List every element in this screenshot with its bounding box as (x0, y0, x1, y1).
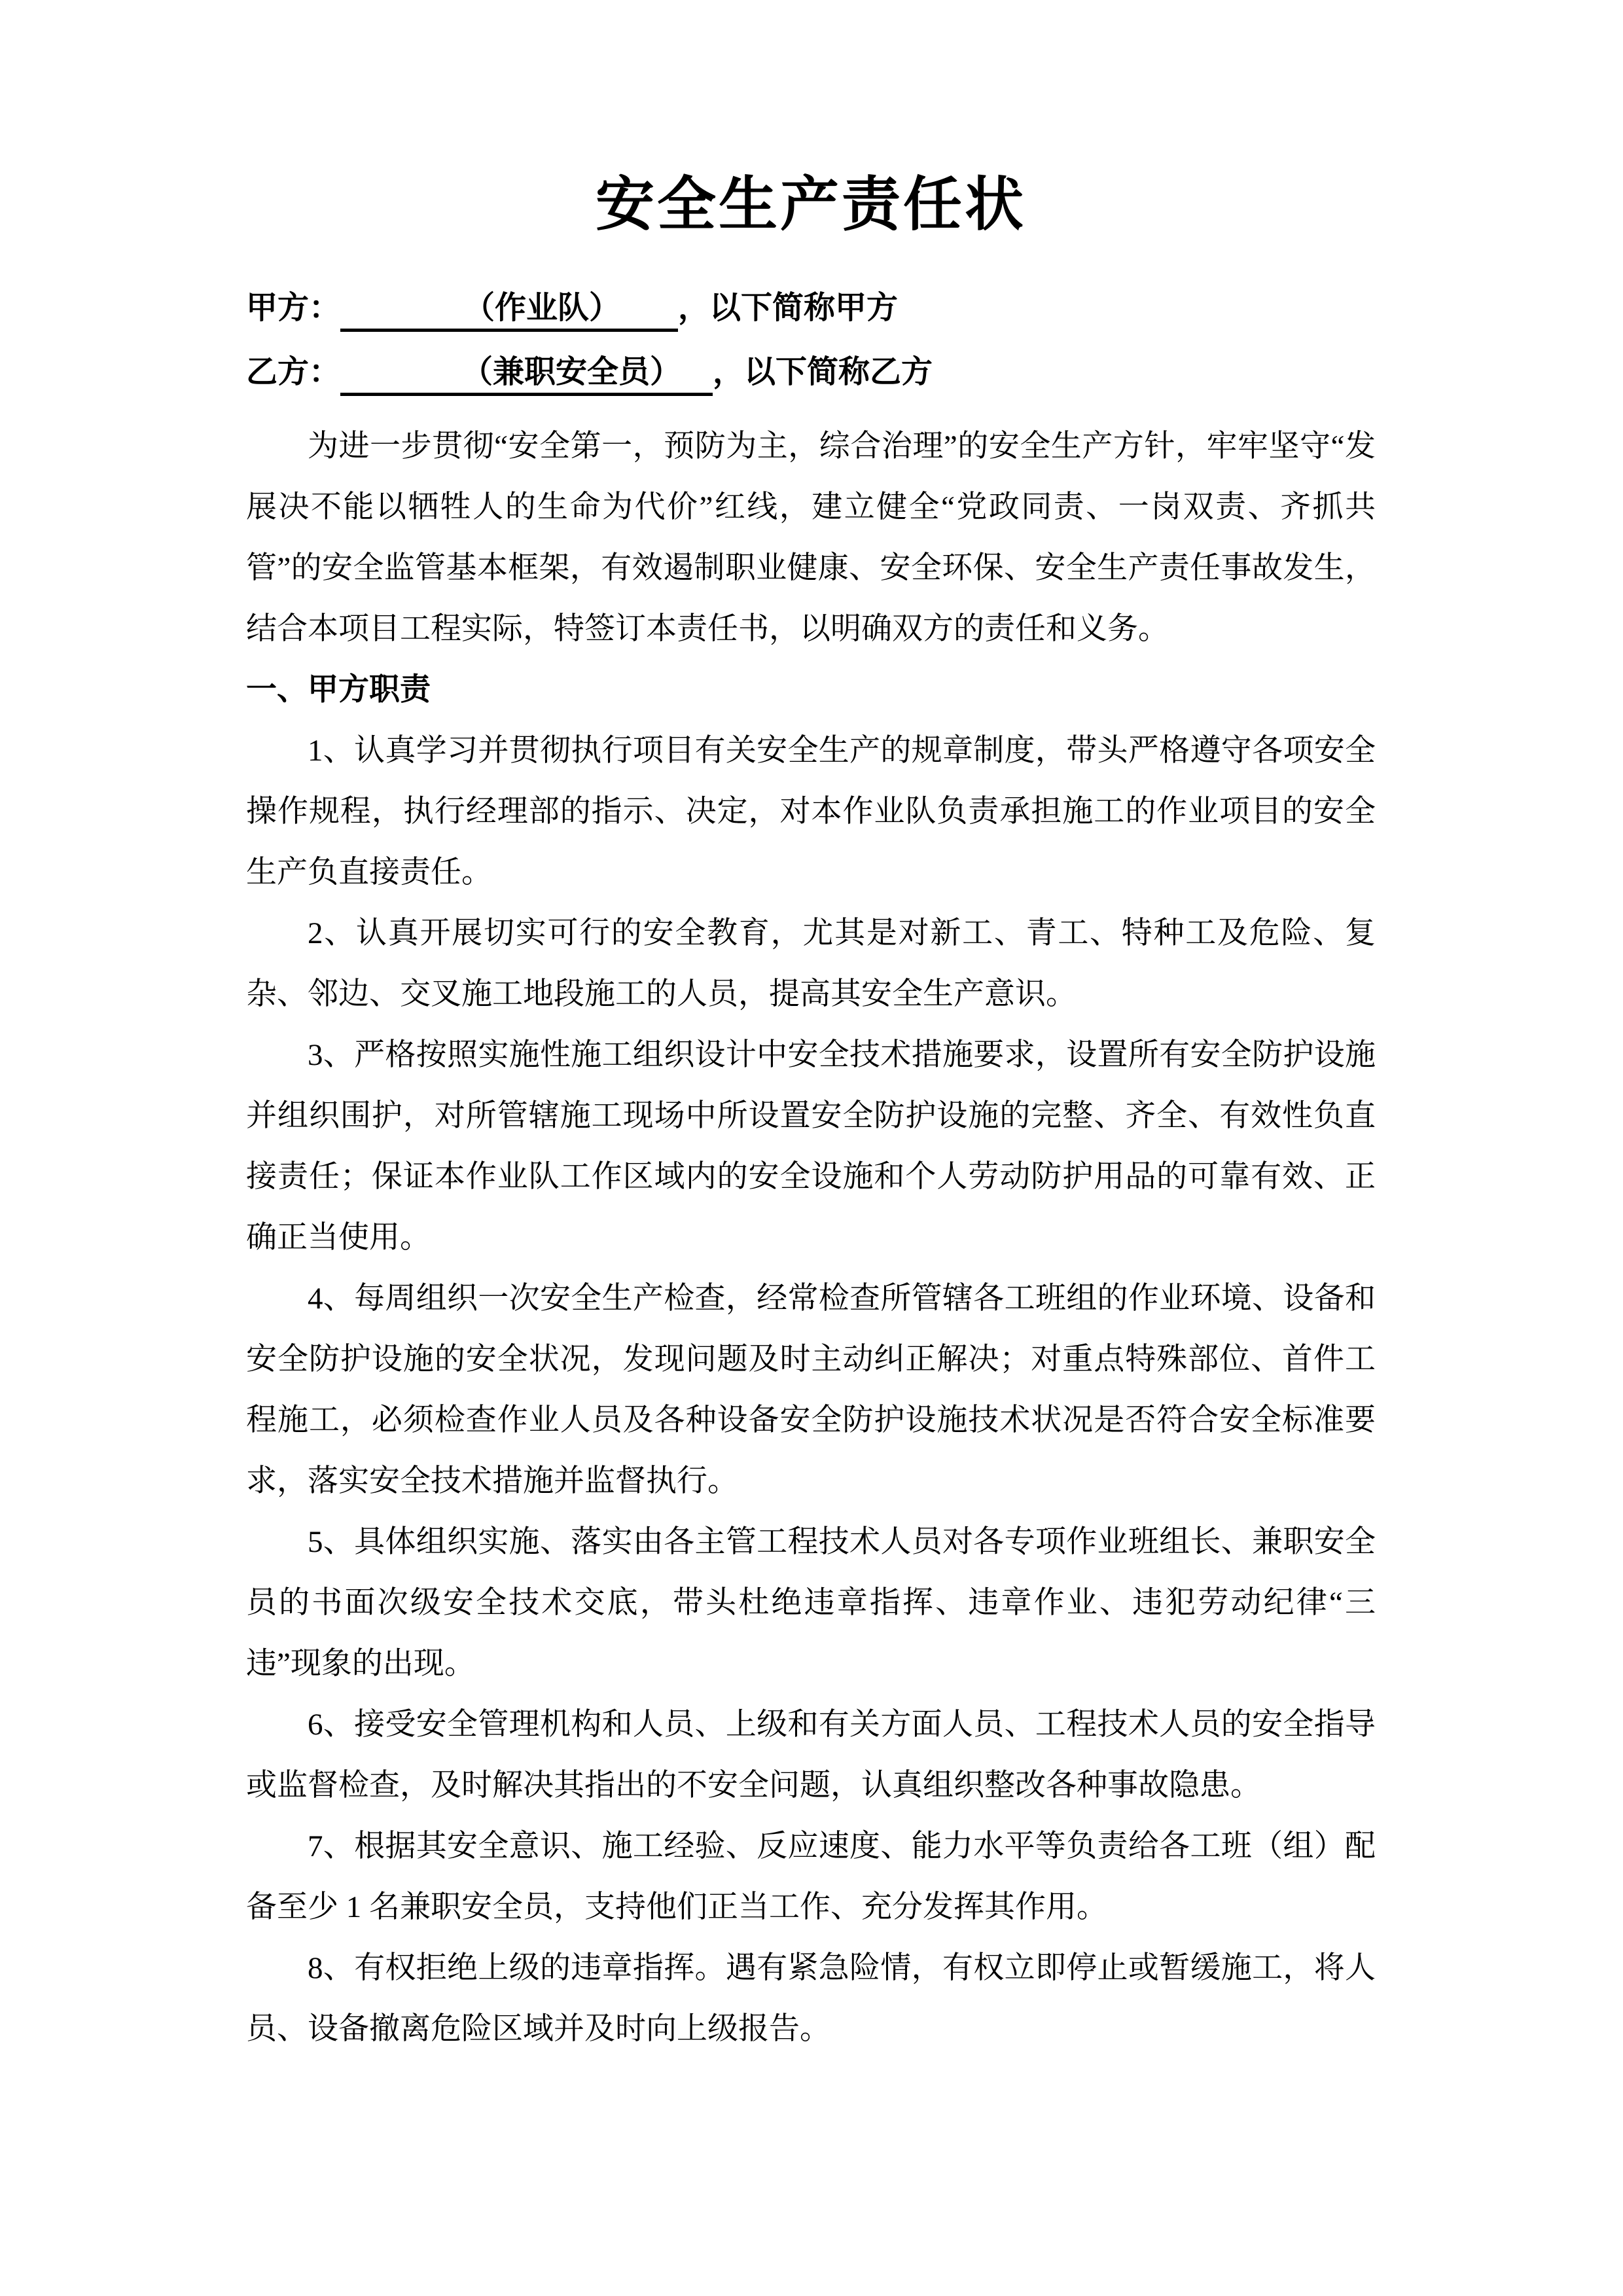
party-b-line: 乙方：（兼职安全员），以下简称乙方 (246, 340, 1376, 404)
party-a-blank-text: （作业队） (463, 291, 620, 325)
document-page: 安全生产责任状 甲方：（作业队），以下简称甲方 乙方：（兼职安全员），以下简称乙… (0, 0, 1623, 2296)
section-1-item-6: 6、接受安全管理机构和人员、上级和有关方面人员、工程技术人员的安全指导或监督检查… (246, 1695, 1376, 1816)
party-a-suffix: ，以下简称甲方 (678, 291, 898, 325)
party-a-blank-left (340, 317, 463, 318)
preamble-paragraph: 为进一步贯彻“安全第一，预防为主，综合治理”的安全生产方针，牢牢坚守“发展决不能… (246, 416, 1376, 660)
party-a-label: 甲方： (246, 291, 340, 325)
section-1-heading: 一、甲方职责 (246, 660, 1376, 721)
party-b-blank-text: （兼职安全员） (461, 355, 681, 389)
party-b-blank-left (340, 381, 461, 382)
section-1-item-2: 2、认真开展切实可行的安全教育，尤其是对新工、青工、特种工及危险、复杂、邻边、交… (246, 903, 1376, 1025)
party-b-blank-line: （兼职安全员） (340, 352, 713, 396)
section-1-item-7: 7、根据其安全意识、施工经验、反应速度、能力水平等负责给各工班（组）配备至少 1… (246, 1816, 1376, 1938)
party-b-suffix: ，以下简称乙方 (713, 355, 933, 389)
party-b-label: 乙方： (246, 355, 340, 389)
document-title: 安全生产责任状 (246, 169, 1376, 242)
section-1-item-3: 3、严格按照实施性施工组织设计中安全技术措施要求，设置所有安全防护设施并组织围护… (246, 1025, 1376, 1268)
section-1-item-1: 1、认真学习并贯彻执行项目有关安全生产的规章制度，带头严格遵守各项安全操作规程，… (246, 721, 1376, 903)
party-block: 甲方：（作业队），以下简称甲方 乙方：（兼职安全员），以下简称乙方 (246, 276, 1376, 404)
party-a-line: 甲方：（作业队），以下简称甲方 (246, 276, 1376, 340)
party-b-blank-right (681, 381, 713, 382)
party-a-blank-right (620, 317, 678, 318)
party-a-blank-line: （作业队） (340, 288, 678, 332)
section-1-item-8: 8、有权拒绝上级的违章指挥。遇有紧急险情，有权立即停止或暂缓施工，将人员、设备撤… (246, 1938, 1376, 2060)
section-1-item-5: 5、具体组织实施、落实由各主管工程技术人员对各专项作业班组长、兼职安全员的书面次… (246, 1512, 1376, 1695)
section-1-item-4: 4、每周组织一次安全生产检查，经常检查所管辖各工班组的作业环境、设备和安全防护设… (246, 1268, 1376, 1512)
